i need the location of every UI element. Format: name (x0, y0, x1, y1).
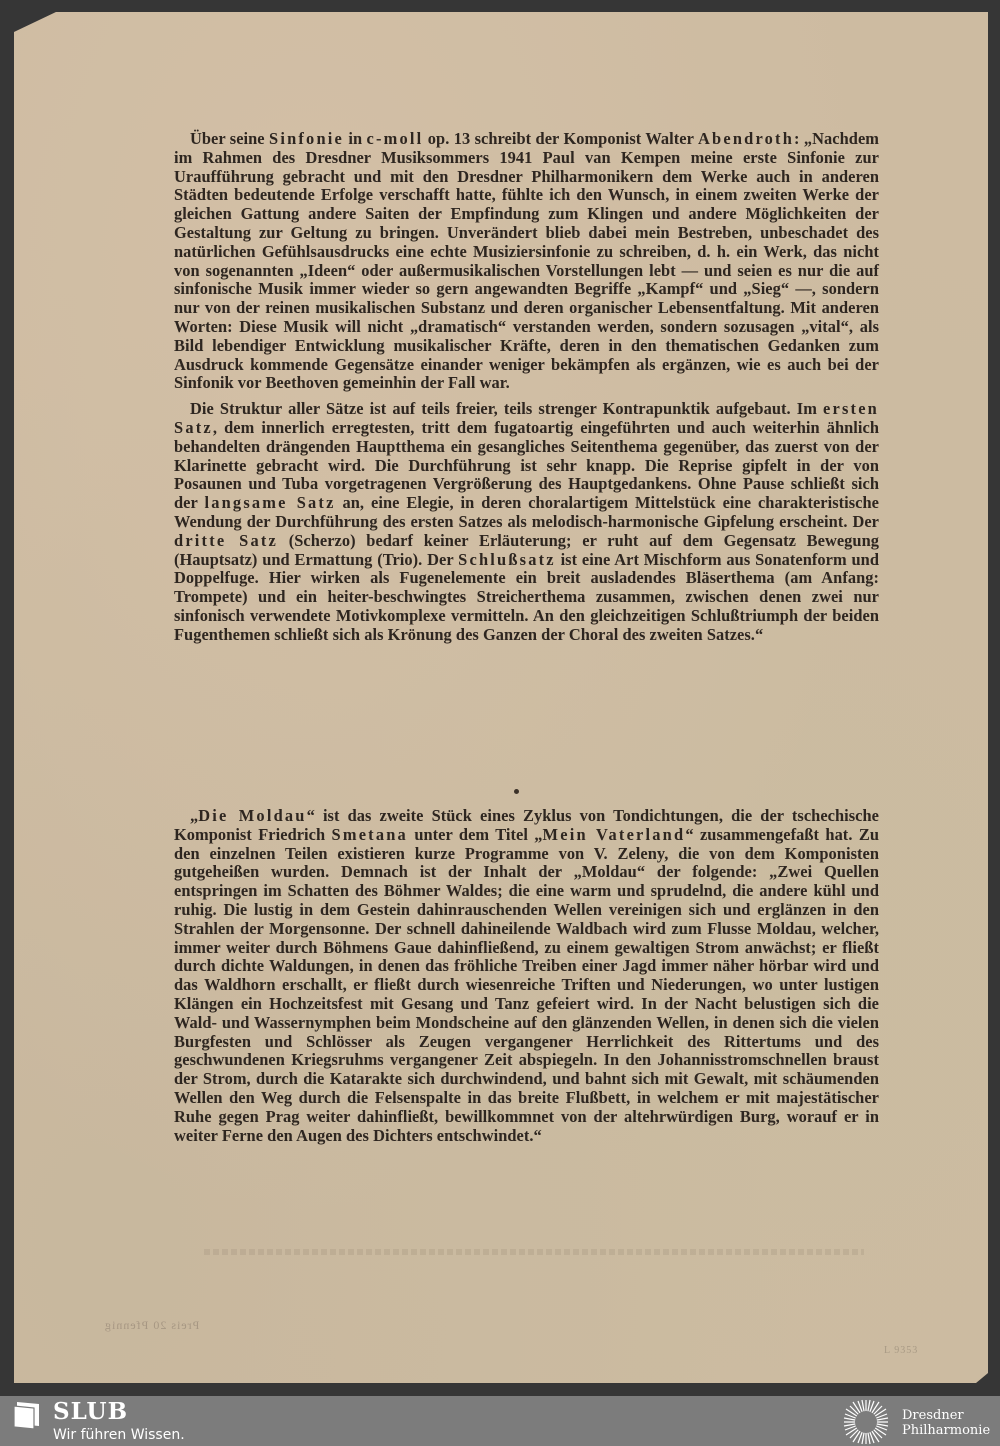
spaced-emphasis: Die Moldau (198, 806, 306, 825)
mirrored-price-stamp: Preis 20 Pfennig (104, 1318, 199, 1333)
text-run: Über seine (190, 129, 269, 148)
text-run: unter dem Titel „ (408, 825, 543, 844)
spaced-emphasis: dritte Satz (174, 531, 278, 550)
spaced-emphasis: Abendroth (698, 129, 794, 148)
footer-bar: SLUB Wir führen Wissen. Dresdner Philhar… (0, 1396, 1000, 1446)
moldau-text-block: „Die Moldau“ ist das zweite Stück eines … (174, 807, 879, 1152)
text-run: op. 13 schreibt der Komponist Walter (423, 129, 698, 148)
print-code-mark: L 9353 (884, 1345, 918, 1356)
text-run: “ zusammengefaßt hat. Zu den einzelnen T… (174, 825, 879, 1145)
spaced-emphasis: c-moll (367, 129, 424, 148)
text-run: Die Struktur aller Sätze ist auf teils f… (190, 399, 823, 418)
spaced-emphasis: Smetana (332, 825, 408, 844)
slub-logo-text[interactable]: SLUB (53, 1398, 128, 1425)
scanned-page: Über seine Sinfonie in c-moll op. 13 sch… (14, 12, 988, 1383)
sunburst-icon (842, 1398, 890, 1446)
slub-tagline: Wir führen Wissen. (53, 1427, 185, 1443)
abendroth-text-block: Über seine Sinfonie in c-moll op. 13 sch… (174, 130, 879, 652)
philharmonie-line-2: Philharmonie (902, 1423, 990, 1438)
book-icon (12, 1400, 42, 1430)
paragraph-structure: Die Struktur aller Sätze ist auf teils f… (174, 400, 879, 644)
text-run: : „Nachdem im Rahmen des Dresdner Musiks… (174, 129, 879, 392)
philharmonie-logo-text[interactable]: Dresdner Philharmonie (902, 1408, 990, 1438)
spaced-emphasis: Sinfonie (269, 129, 344, 148)
section-separator-dot (514, 789, 519, 794)
text-run: „ (190, 806, 198, 825)
spaced-emphasis: Mein Vaterland (543, 825, 686, 844)
spaced-emphasis: Schlußsatz (458, 550, 556, 569)
spaced-emphasis: langsame Satz (204, 493, 335, 512)
bleed-through-line (204, 1249, 864, 1255)
text-run: in (344, 129, 367, 148)
paragraph-symphony-intro: Über seine Sinfonie in c-moll op. 13 sch… (174, 130, 879, 393)
paragraph-moldau: „Die Moldau“ ist das zweite Stück eines … (174, 807, 879, 1145)
philharmonie-line-1: Dresdner (902, 1408, 990, 1423)
